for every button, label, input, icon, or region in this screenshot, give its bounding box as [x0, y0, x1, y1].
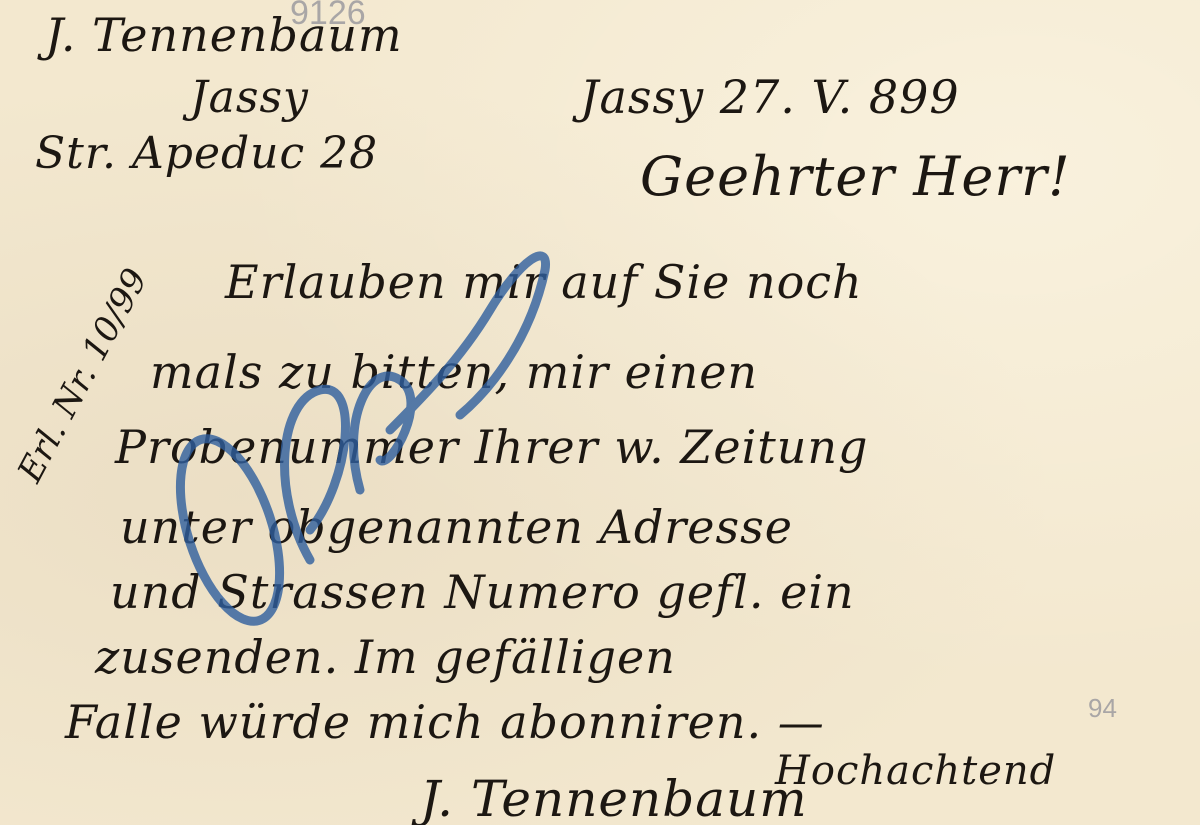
place-date: Jassy 27. V. 899 — [580, 70, 960, 124]
salutation: Geehrter Herr! — [640, 145, 1071, 208]
sender-name: J. Tennenbaum — [45, 8, 403, 62]
sender-street: Str. Apeduc 28 — [35, 128, 378, 179]
closing: Hochachtend — [775, 748, 1056, 794]
body-line-7: Falle würde mich abonniren. — — [65, 695, 825, 749]
sender-city: Jassy — [190, 72, 309, 123]
pencil-note: 94 — [1088, 693, 1117, 724]
blue-pencil-ok-mark — [160, 230, 580, 650]
signature: J. Tennenbaum — [420, 770, 808, 825]
